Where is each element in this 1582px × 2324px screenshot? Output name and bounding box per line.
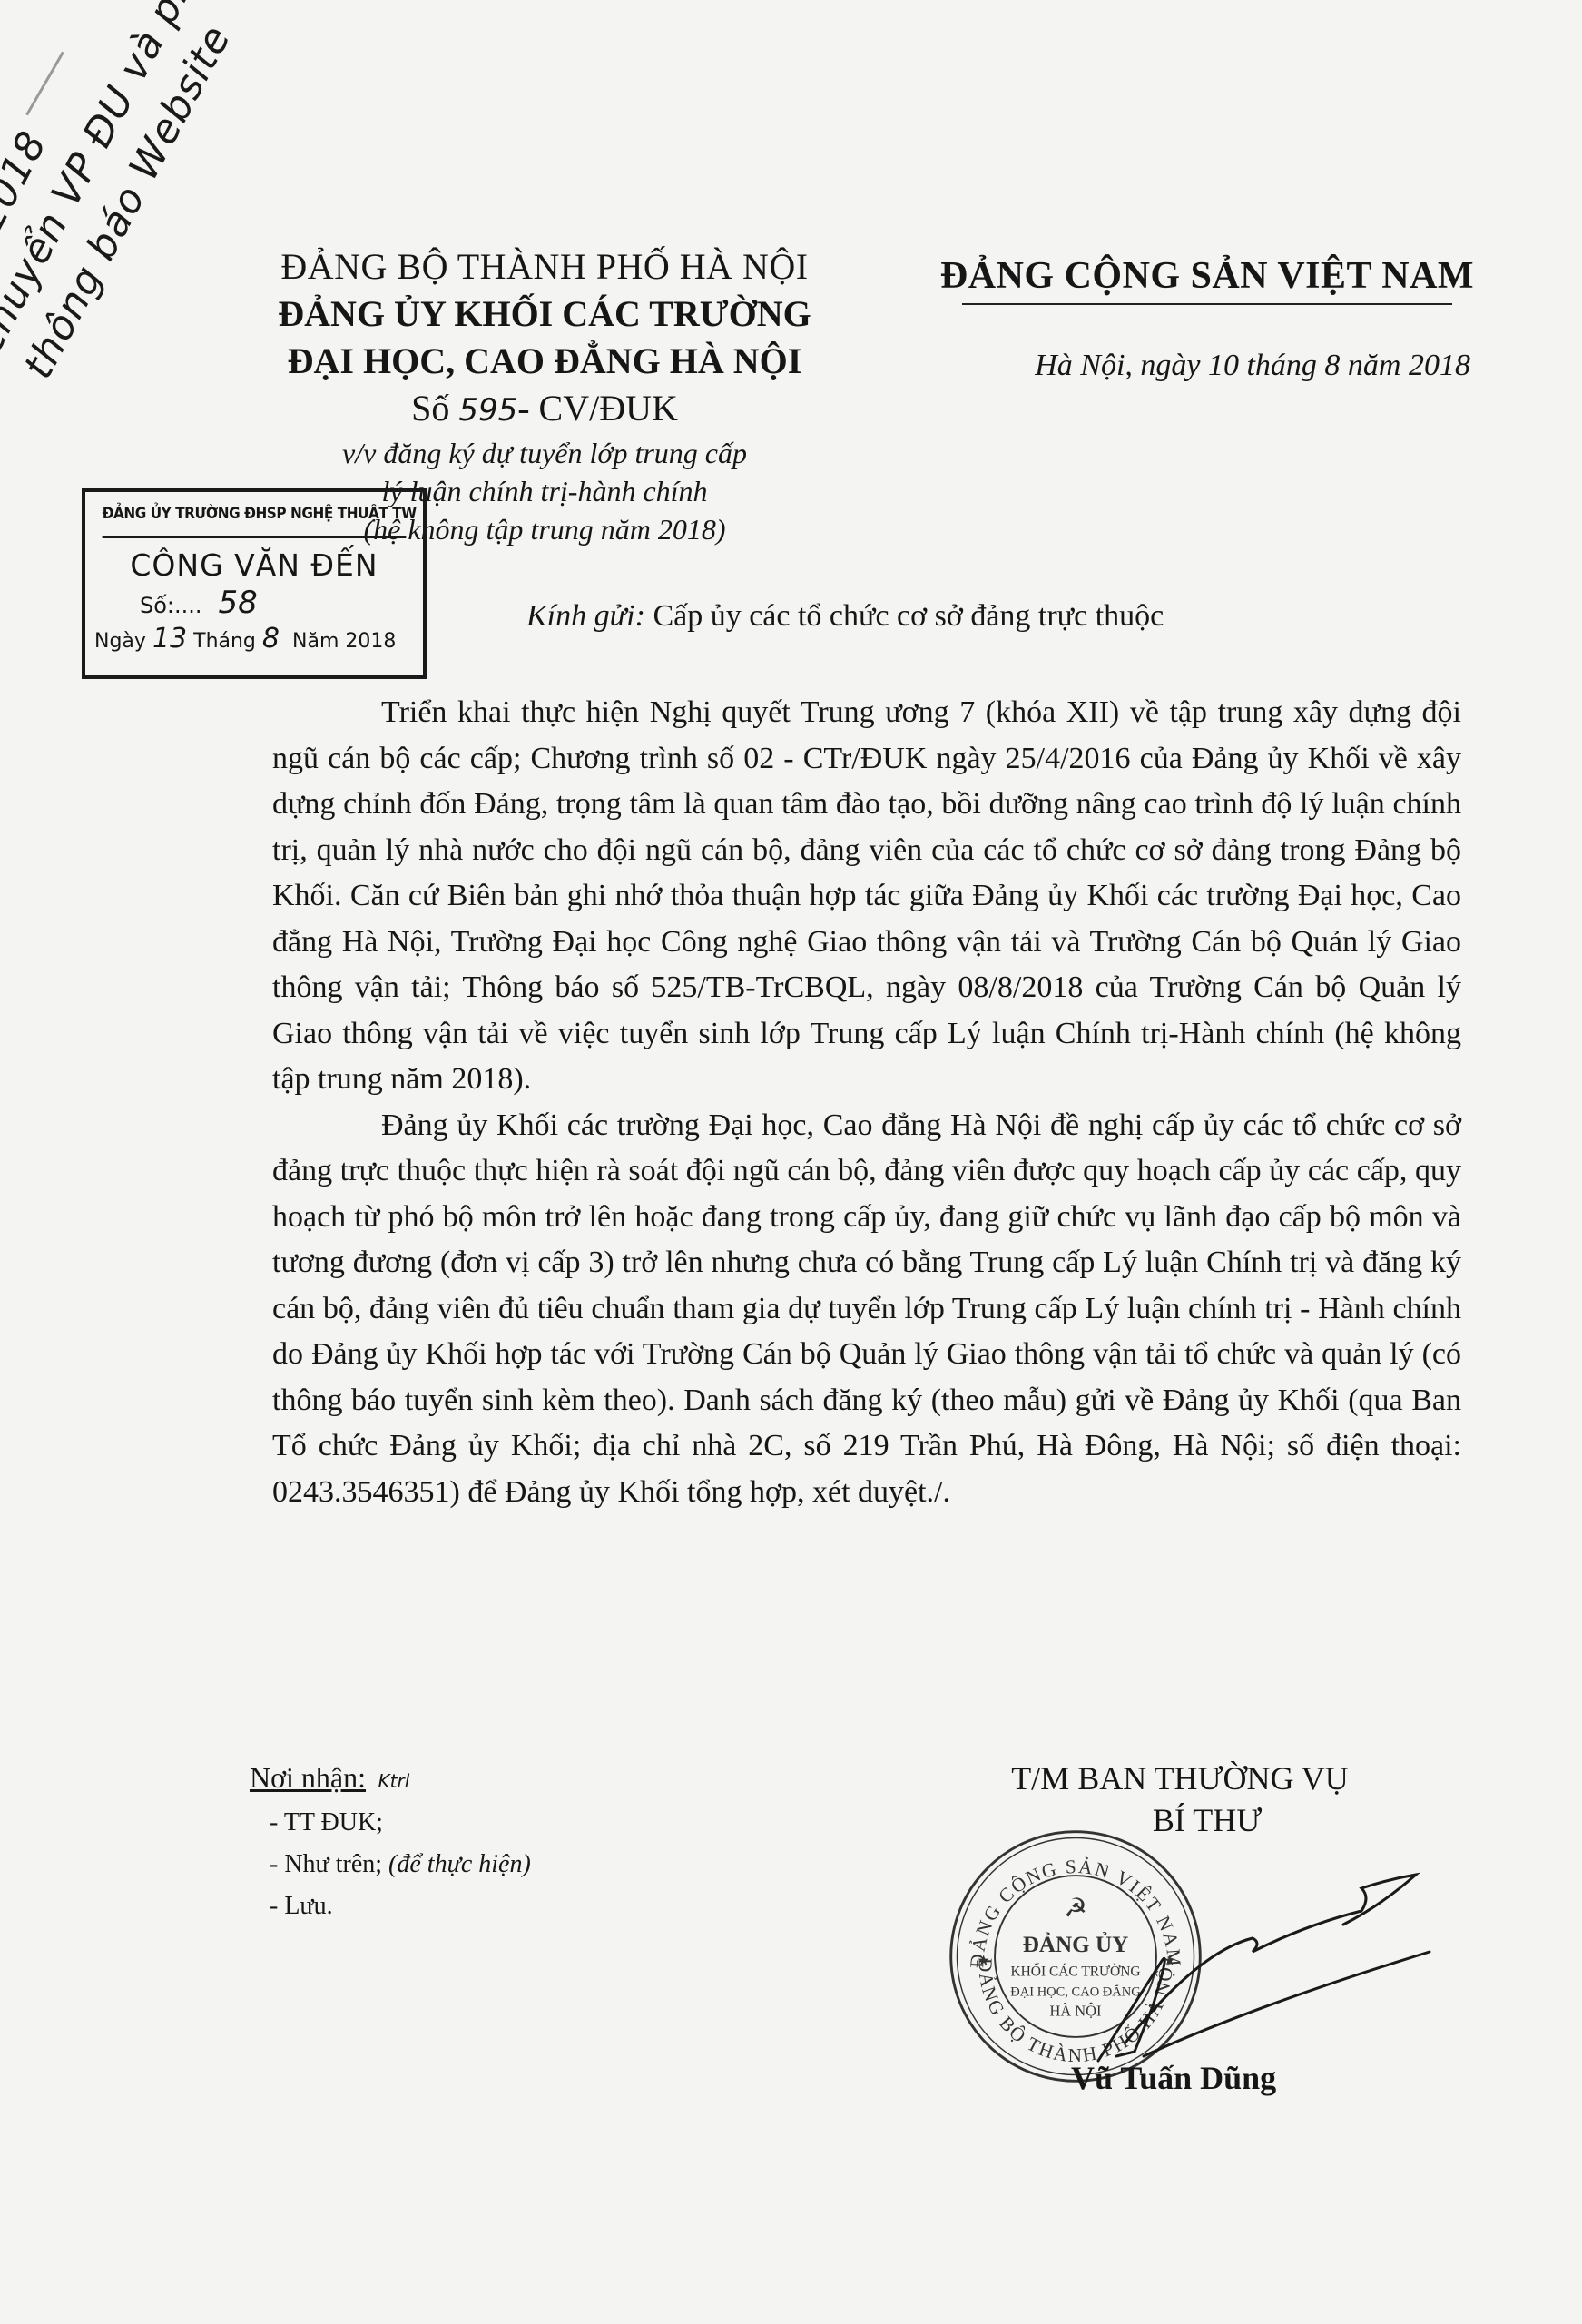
handwritten-signature xyxy=(1071,1825,1434,2097)
authority-line-1: ĐẢNG BỘ THÀNH PHỐ HÀ NỘI xyxy=(263,243,826,290)
authority-line-2: ĐẢNG ỦY KHỐI CÁC TRƯỜNG xyxy=(263,290,826,338)
stamp-title: CÔNG VĂN ĐẾN xyxy=(85,547,423,583)
svg-text:★: ★ xyxy=(978,1954,990,1969)
body-paragraph-1: Triển khai thực hiện Nghị quyết Trung ươ… xyxy=(272,690,1461,1103)
distribution-list: Nơi nhận: Ktrl - TT ĐUK; - Như trên; (để… xyxy=(250,1757,531,1927)
signer-role-2: BÍ THƯ xyxy=(998,1801,1416,1839)
stamp-date: Ngày 13 Tháng 8 Năm 2018 xyxy=(85,623,423,655)
document-body: Triển khai thực hiện Nghị quyết Trung ươ… xyxy=(272,690,1461,1515)
initials-mark: Ktrl xyxy=(378,1770,410,1792)
signature-block: T/M BAN THƯỜNG VỤ BÍ THƯ Vũ Tuấn Dũng xyxy=(944,1759,1416,1839)
signer-role-1: T/M BAN THƯỜNG VỤ xyxy=(944,1759,1416,1797)
distribution-title: Nơi nhận: xyxy=(250,1761,366,1794)
document-number-handwritten: 595 xyxy=(458,392,517,428)
recipient-value: Cấp ủy các tổ chức cơ sở đảng trực thuộc xyxy=(653,599,1164,633)
distribution-item: - TT ĐUK; xyxy=(250,1802,531,1844)
national-header: ĐẢNG CỘNG SẢN VIỆT NAM Hà Nội, ngày 10 t… xyxy=(926,254,1489,383)
body-paragraph-2: Đảng ủy Khối các trường Đại học, Cao đẳn… xyxy=(272,1103,1461,1516)
authority-line-3: ĐẠI HỌC, CAO ĐẲNG HÀ NỘI xyxy=(263,338,826,385)
stamp-number: Số:....58 xyxy=(85,585,423,621)
document-number: Số 595- CV/ĐUK xyxy=(263,385,826,434)
stamp-organization: ĐẢNG ỦY TRƯỜNG ĐHSP NGHỆ THUẬT TW xyxy=(103,492,407,538)
incoming-document-stamp: ĐẢNG ỦY TRƯỜNG ĐHSP NGHỆ THUẬT TW CÔNG V… xyxy=(82,488,427,679)
signer-name: Vũ Tuấn Dũng xyxy=(1071,2059,1276,2097)
party-underline xyxy=(962,303,1452,305)
subject-line-1: v/v đăng ký dự tuyển lớp trung cấp xyxy=(263,434,826,472)
recipient-label: Kính gửi: xyxy=(526,599,645,633)
distribution-item: - Lưu. xyxy=(250,1886,531,1927)
party-name: ĐẢNG CỘNG SẢN VIỆT NAM xyxy=(926,254,1489,298)
distribution-item: - Như trên; (để thực hiện) xyxy=(250,1844,531,1886)
issue-date: Hà Nội, ngày 10 tháng 8 năm 2018 xyxy=(926,349,1489,383)
recipient-line: Kính gửi: Cấp ủy các tổ chức cơ sở đảng … xyxy=(526,599,1164,634)
